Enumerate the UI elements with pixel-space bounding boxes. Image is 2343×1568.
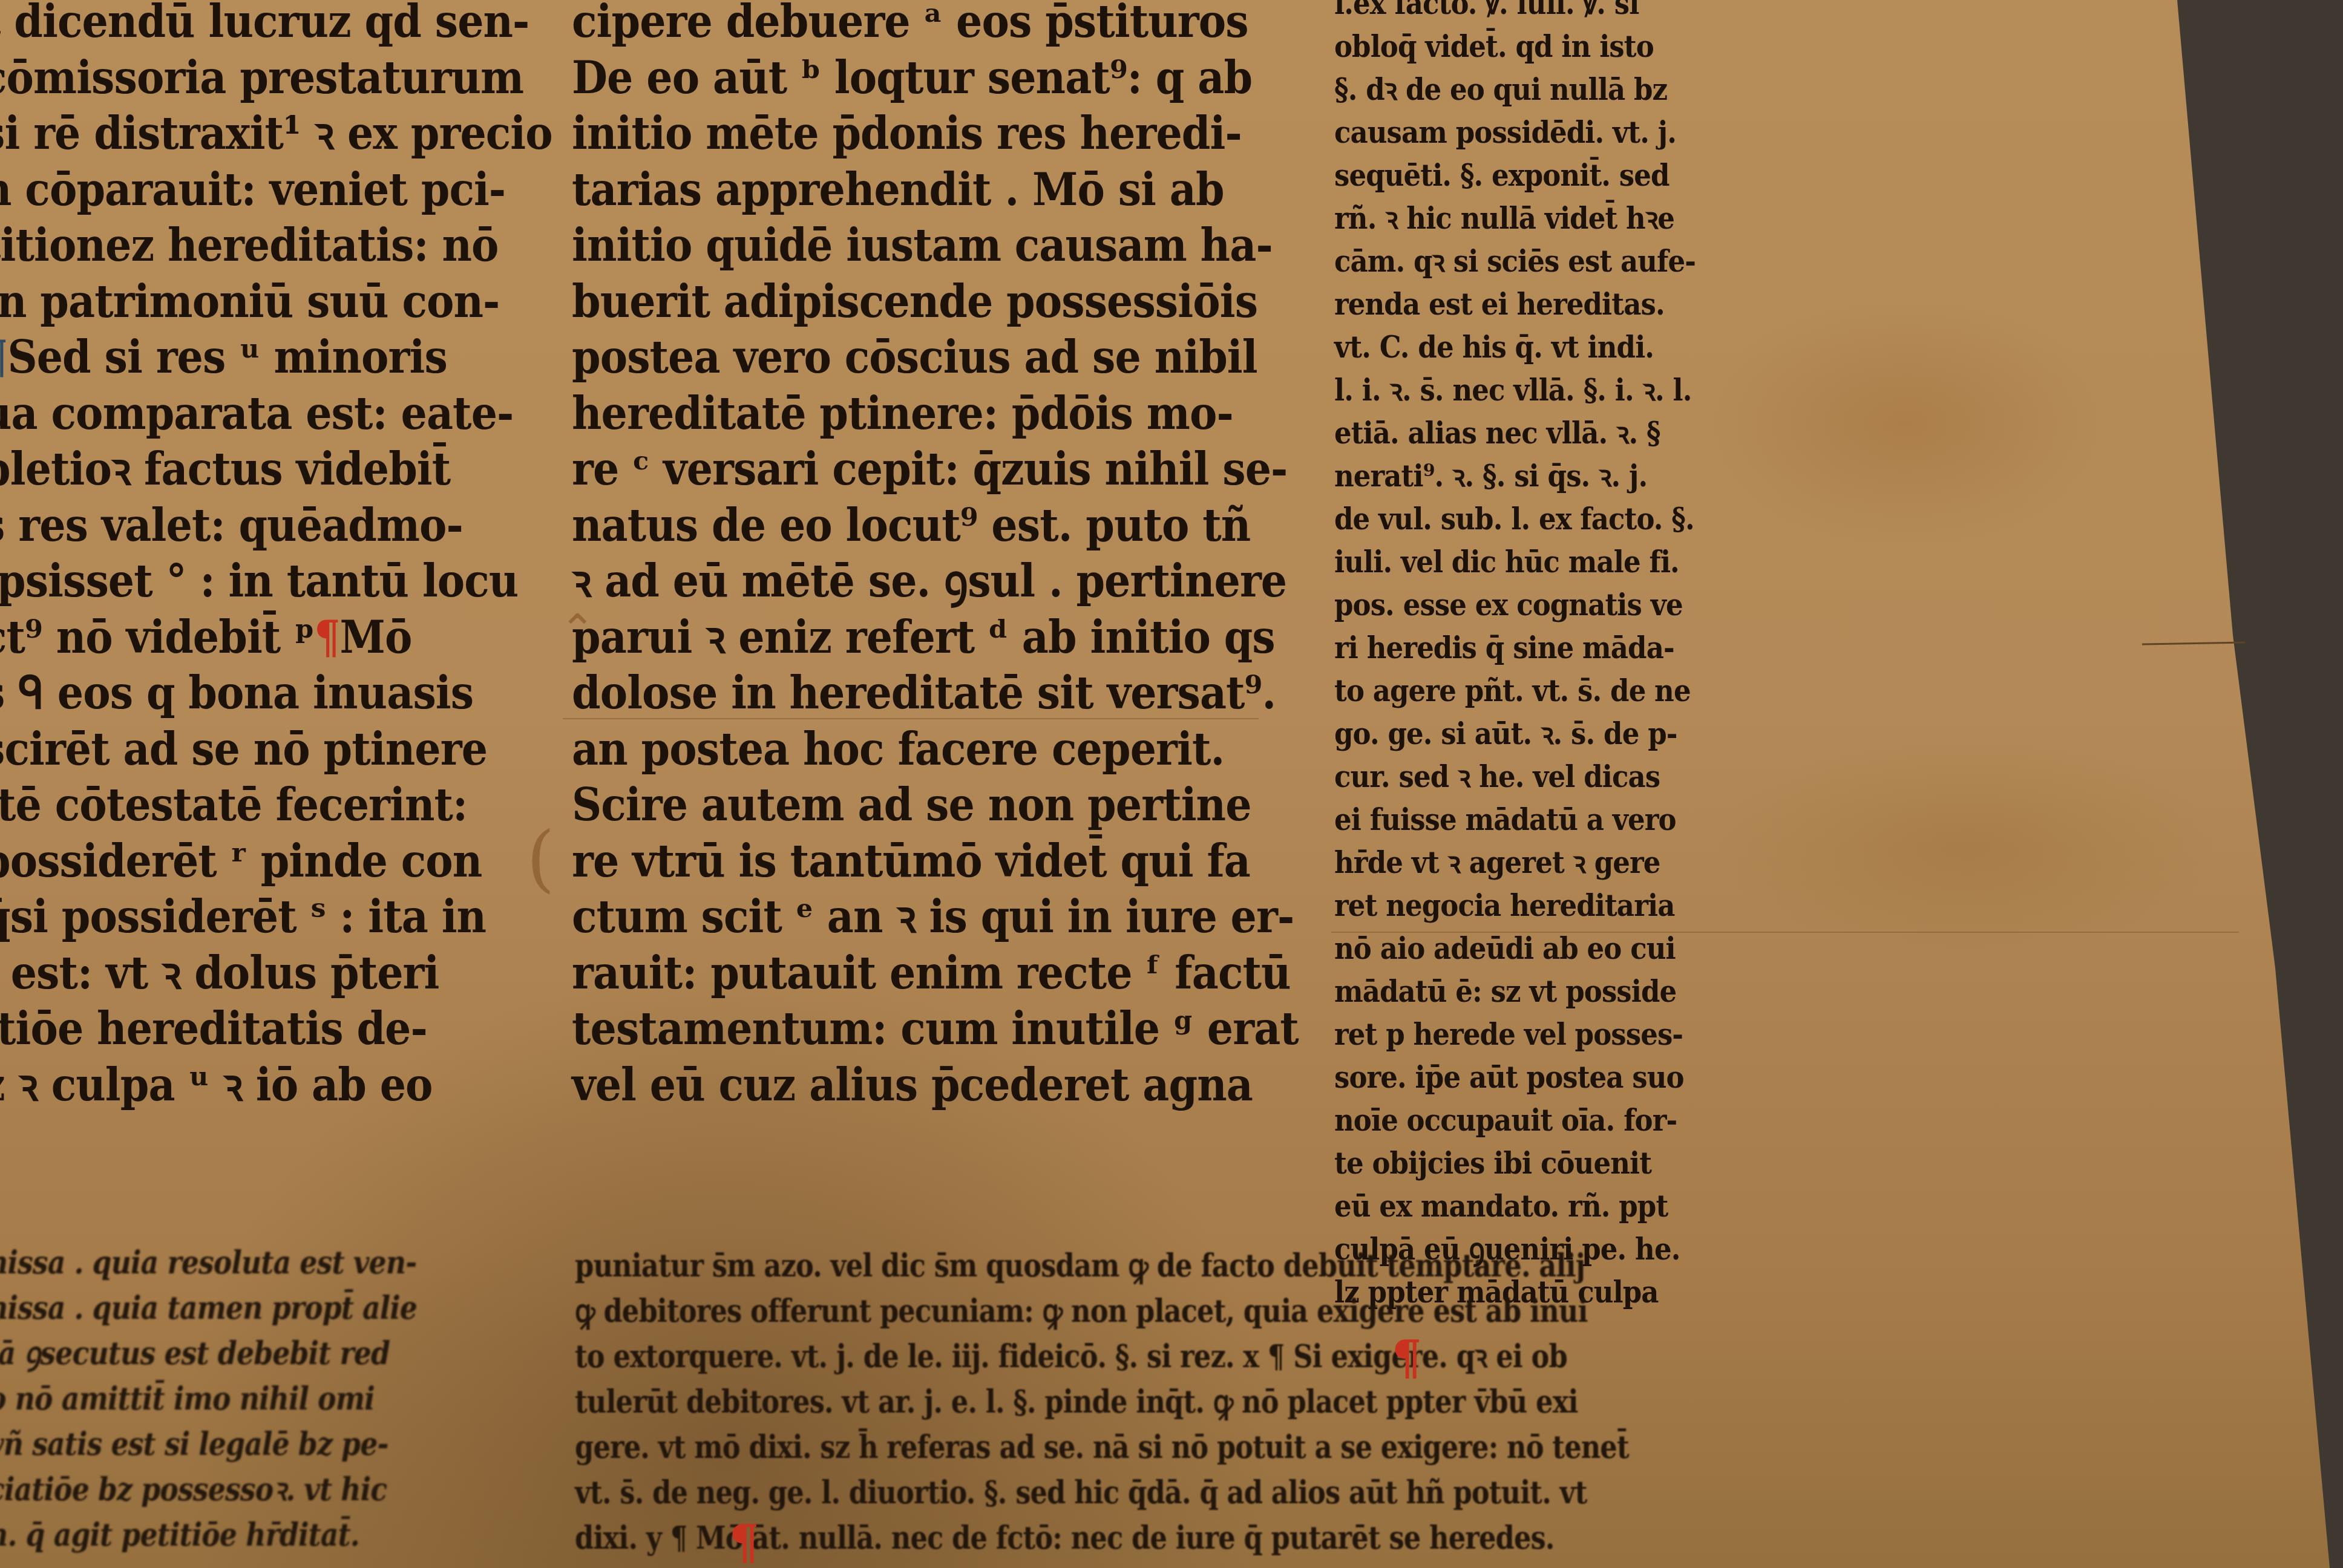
gloss-line: sequēti. §. exponit̄. sed (1334, 154, 1696, 197)
gloss-line: l.ex facto. ꝟ. iuli. ꝟ. si (1334, 0, 1696, 25)
text-line: ua comparata est: eate- (0, 386, 552, 442)
text-line: dolose in hereditatē sit versat⁹. (572, 665, 1299, 722)
text-line: pletioꝛ factus videbit̄ (0, 442, 552, 498)
gloss-line: vñ satis est si legalē bz pe- (0, 1422, 417, 1467)
text-line: vel eū cuz alius p̄cederet agna (572, 1057, 1299, 1114)
gloss-line: go. ge. si aūt. ꝛ. s̄. de p- (1334, 712, 1696, 755)
gloss-line: ret p herede vel posses- (1334, 1013, 1696, 1056)
gloss-line: mādatū ē: sz vt posside (1334, 970, 1696, 1013)
text-line: natus de eo locut⁹ est. puto tñ (572, 498, 1299, 554)
gloss-line: nō aio adeūdi ab eo cui (1334, 927, 1696, 970)
gloss-bottom-left-block: nissa . quia resoluta est ven- nissa . q… (0, 1240, 417, 1558)
red-pilcrow-icon: ¶ (729, 1515, 759, 1568)
text-line: itē cōtestatē fecerint: (0, 777, 552, 834)
rubric-following-word: Mō (340, 612, 412, 664)
margin-pen-mark: ⌃ (560, 605, 595, 655)
gloss-line: obloq̄ videt̄. qd in isto (1334, 25, 1696, 68)
text-line: z ꝛ culpa ᵘ ꝛ iō ab eo (0, 1057, 552, 1114)
gloss-line: tulerūt debitores. vt ar. j. e. l. §. pi… (575, 1379, 1629, 1425)
gloss-line: de vul. sub. l. ex facto. §. (1334, 497, 1696, 540)
text-line: possiderēt ʳ pinde con (0, 834, 552, 890)
text-line: rauit: putauit enim recte ᶠ factū (572, 946, 1299, 1002)
text-line: ctum scit ᵉ an ꝛ is qui in iure er- (572, 889, 1299, 946)
gloss-line: ret negocia hereditaria (1334, 884, 1696, 927)
gloss-line: ꝙ debitores offerunt pecuniam: ꝙ non pla… (575, 1289, 1629, 1334)
red-pilcrow-icon: ¶ (1392, 1331, 1422, 1386)
text-line: testamentum: cum inutile ᵍ erat (572, 1001, 1299, 1057)
gloss-line: to extorquere. vt. j. de le. iij. fideic… (575, 1334, 1629, 1379)
text-line-content: ct⁹ nō videbit̄ ᵖ (0, 612, 314, 664)
gloss-line: vt. s̄. de neg. ge. l. diuortio. §. sed … (575, 1470, 1629, 1515)
text-line: re ᶜ versari cepit: q̄zuis nihil se- (572, 442, 1299, 498)
text-line: scirēt ad se nō ptinere (0, 722, 552, 778)
gloss-right-column: l.ex facto. ꝟ. iuli. ꝟ. si obloq̄ videt̄… (1334, 0, 1696, 1313)
blue-pilcrow-icon: ¶ (0, 332, 7, 384)
gloss-line: pos. esse ex cognatis ve (1334, 583, 1696, 626)
gloss-line: l. i. ꝛ. s̄. nec vllā. §. i. ꝛ. l. (1334, 368, 1696, 411)
gloss-line: hr̄de vt ꝛ ageret ꝛ gere (1334, 841, 1696, 884)
text-line-with-initial: ¶Sed si res ᵘ minoris (0, 330, 552, 386)
main-text-middle-column: cipere debuere ᵃ eos p̄stituros De eo aū… (572, 0, 1299, 1113)
gloss-line: noīe occupauit oīa. for- (1334, 1099, 1696, 1142)
text-line-with-rubric: ct⁹ nō videbit̄ ᵖ¶Mō (0, 610, 552, 666)
gloss-bottom-block: puniatur s̄m azo. vel dic s̄m quosdam ꝙ … (575, 1243, 1629, 1561)
text-line: q̄si possiderēt ˢ : ita in (0, 889, 552, 946)
text-line: hereditatē ptinere: p̄dōis mo- (572, 386, 1299, 442)
gloss-line: nissa . quia resoluta est ven- (0, 1240, 417, 1285)
text-line: s res valet: quēadmo- (0, 498, 552, 554)
text-line: ꝛ ad eū mētē se. ꝯsul . pertinere (572, 554, 1299, 610)
gloss-line: gere. vt mō dixi. sz h̄ referas ad se. n… (575, 1425, 1629, 1470)
gloss-line: sore. ip̄e aūt postea suo (1334, 1056, 1696, 1099)
gloss-line: iuli. vel dic hūc male fi. (1334, 540, 1696, 583)
text-line: buerit adipiscende possessiōis (572, 274, 1299, 330)
text-line: re vtrū is tantūmō videt̄ qui fa (572, 834, 1299, 890)
text-line: s ᑫ eos q bona inuasis (0, 665, 552, 722)
text-line: parui ꝛ eniz refert ᵈ ab initio qs (572, 610, 1299, 666)
gloss-line: n. q̄ agit petitiōe hr̄ditat̄. (0, 1512, 417, 1558)
text-line: ipsisset ° : in tantū locu (0, 554, 552, 610)
gloss-line: to agere pñt. vt. s̄. de ne (1334, 669, 1696, 712)
gloss-line: ciatiōe bz possessoꝛ. vt hic (0, 1467, 417, 1512)
gloss-line: te obijcies ibi cōuenit (1334, 1142, 1696, 1184)
gloss-line: o nō amittit̄ imo nihil omi (0, 1376, 417, 1422)
text-line: titionez hereditatis: nō (0, 218, 552, 274)
text-line: in patrimoniū suū con- (0, 274, 552, 330)
text-line: tarias apprehendit . Mō si ab (572, 162, 1299, 218)
text-line: Scire autem ad se non pertine (572, 777, 1299, 834)
gloss-line: eū ex mandato. rñ. ppt (1334, 1184, 1696, 1227)
gloss-line: §. dꝛ de eo qui nullā bz (1334, 68, 1696, 111)
gloss-line: causam possidēdi. vt. j. (1334, 111, 1696, 154)
gloss-line: etiā. alias nec vllā. ꝛ. § (1334, 411, 1696, 454)
text-line: itiōe hereditatis de- (0, 1001, 552, 1057)
gloss-line: lā ꝯsecutus est debebit red (0, 1331, 417, 1376)
text-line: initio mēte p̄donis res heredi- (572, 106, 1299, 162)
gloss-line: ei fuisse mādatū a vero (1334, 798, 1696, 841)
gloss-line: nerati⁹. ꝛ. §. si q̄s. ꝛ. j. (1334, 454, 1696, 497)
text-line: postea vero cōscius ad se nibil (572, 330, 1299, 386)
main-text-left-column: t dicendū lucruz qd sen- cōmissoria pres… (0, 0, 552, 1113)
gloss-line: vt. C. de his q̄. vt indi. (1334, 325, 1696, 368)
text-line: initio quidē iustam causam ha- (572, 218, 1299, 274)
text-line: t dicendū lucruz qd sen- (0, 0, 552, 50)
photo-stage: t dicendū lucruz qd sen- cōmissoria pres… (0, 0, 2343, 1568)
text-line: cipere debuere ᵃ eos p̄stituros (572, 0, 1299, 50)
red-pilcrow-icon: ¶ (314, 612, 339, 664)
text-line: n cōparauit: veniet pci- (0, 162, 552, 218)
text-line: an postea hoc facere ceperit. (572, 722, 1299, 778)
text-line-content: Sed si res ᵘ minoris (7, 332, 447, 384)
text-line: cōmissoria prestaturum (0, 50, 552, 106)
text-line: ī est: vt ꝛ dolus p̄teri (0, 946, 552, 1002)
gloss-line: cām. qꝛ si sciēs est aufe- (1334, 240, 1696, 283)
text-line: De eo aūt ᵇ loqtur senat⁹: q ab (572, 50, 1299, 106)
gloss-line: puniatur s̄m azo. vel dic s̄m quosdam ꝙ … (575, 1243, 1629, 1289)
gloss-line: nissa . quia tamen propt̄ alie (0, 1285, 417, 1331)
gloss-line: renda est ei hereditas. (1334, 283, 1696, 325)
gloss-line: rñ. ꝛ hic nullā videt̄ hꝛe (1334, 197, 1696, 240)
text-line: si rē distraxit¹ ꝛ ex precio (0, 106, 552, 162)
gloss-line: ri heredis q̄ sine māda- (1334, 626, 1696, 669)
margin-pen-bracket: ( (526, 817, 555, 901)
gloss-line: cur. sed ꝛ he. vel dicas (1334, 755, 1696, 798)
